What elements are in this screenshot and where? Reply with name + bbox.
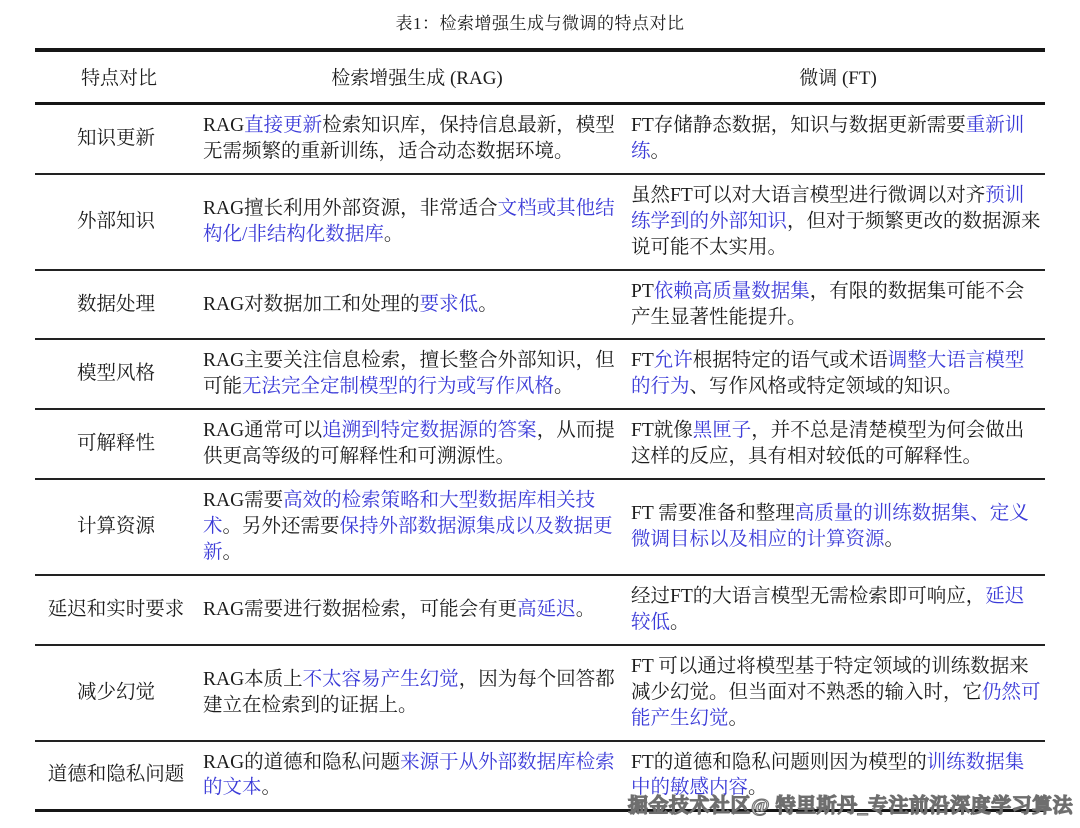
plain-text: RAG通常可以: [203, 420, 322, 441]
plain-text: FT的道德和隐私问题则因为模型的: [631, 752, 927, 773]
feature-label: 外部知识: [35, 174, 203, 270]
feature-label: 延迟和实时要求: [35, 575, 203, 645]
plain-text: 。: [478, 294, 498, 315]
feature-label: 道德和隐私问题: [35, 741, 203, 811]
plain-text: 、写作风格或特定领域的知识。: [690, 376, 963, 397]
plain-text: 。: [729, 708, 749, 729]
header-ft: 微调 (FT): [631, 50, 1045, 104]
table-row: 模型风格RAG主要关注信息检索，擅长整合外部知识，但可能无法完全定制模型的行为或…: [35, 339, 1045, 409]
plain-text: 。另外还需要: [223, 516, 340, 537]
plain-text: 虽然FT可以对大语言模型进行微调以对齐: [631, 185, 985, 206]
ft-cell: 虽然FT可以对大语言模型进行微调以对齐预训练学到的外部知识，但对于频繁更改的数据…: [631, 174, 1045, 270]
table-row: 外部知识RAG擅长利用外部资源，非常适合文档或其他结构化/非结构化数据库。虽然F…: [35, 174, 1045, 270]
feature-label: 计算资源: [35, 479, 203, 575]
table-title: 表1：检索增强生成与微调的特点对比: [0, 9, 1080, 34]
rag-cell: RAG的道德和隐私问题来源于从外部数据库检索的文本。: [203, 741, 631, 811]
feature-label: 可解释性: [35, 409, 203, 479]
plain-text: RAG擅长利用外部资源，非常适合: [203, 198, 498, 219]
highlight-text: 要求低: [420, 294, 479, 315]
ft-cell: FT 可以通过将模型基于特定领域的训练数据来减少幻觉。但当面对不熟悉的输入时，它…: [631, 645, 1045, 741]
watermark: 掘金技术社区@ 特里斯丹_专注前沿深度学习算法: [628, 789, 1080, 818]
feature-label: 模型风格: [35, 339, 203, 409]
header-rag: 检索增强生成 (RAG): [203, 50, 631, 104]
highlight-text: 追溯到特定数据源的答案: [322, 420, 537, 441]
header-feature: 特点对比: [35, 50, 203, 104]
highlight-text: 不太容易产生幻觉: [303, 669, 459, 690]
ft-cell: FT存储静态数据，知识与数据更新需要重新训练。: [631, 104, 1045, 174]
header-row: 特点对比 检索增强生成 (RAG) 微调 (FT): [35, 50, 1045, 104]
highlight-text: 无法完全定制模型的行为或写作风格: [242, 376, 554, 397]
rag-cell: RAG通常可以追溯到特定数据源的答案，从而提供更高等级的可解释性和可溯源性。: [203, 409, 631, 479]
feature-label: 减少幻觉: [35, 645, 203, 741]
highlight-text: 依赖高质量数据集: [654, 281, 810, 302]
rag-cell: RAG需要进行数据检索，可能会有更高延迟。: [203, 575, 631, 645]
ft-cell: 经过FT的大语言模型无需检索即可响应，延迟较低。: [631, 575, 1045, 645]
rag-cell: RAG本质上不太容易产生幻觉，因为每个回答都建立在检索到的证据上。: [203, 645, 631, 741]
plain-text: FT存储静态数据，知识与数据更新需要: [631, 115, 966, 136]
plain-text: FT 需要准备和整理: [631, 503, 795, 524]
ft-cell: FT 需要准备和整理高质量的训练数据集、定义微调目标以及相应的计算资源。: [631, 479, 1045, 575]
plain-text: 。: [651, 141, 671, 162]
plain-text: 。: [670, 612, 690, 633]
plain-text: RAG的道德和隐私问题: [203, 752, 400, 773]
table-row: 数据处理RAG对数据加工和处理的要求低。PT依赖高质量数据集，有限的数据集可能不…: [35, 270, 1045, 340]
plain-text: FT 可以通过将模型基于特定领域的训练数据来减少幻觉。但当面对不熟悉的输入时，它: [631, 656, 1029, 703]
highlight-text: 允许: [654, 350, 693, 371]
plain-text: 根据特定的语气或术语: [693, 350, 888, 371]
table-row: 知识更新RAG直接更新检索知识库，保持信息最新，模型无需频繁的重新训练，适合动态…: [35, 104, 1045, 174]
ft-cell: PT依赖高质量数据集，有限的数据集可能不会产生显著性能提升。: [631, 270, 1045, 340]
table-row: 延迟和实时要求RAG需要进行数据检索，可能会有更高延迟。经过FT的大语言模型无需…: [35, 575, 1045, 645]
plain-text: 。: [262, 777, 282, 798]
plain-text: RAG对数据加工和处理的: [203, 294, 420, 315]
rag-cell: RAG需要高效的检索策略和大型数据库相关技术。另外还需要保持外部数据源集成以及数…: [203, 479, 631, 575]
plain-text: PT: [631, 281, 654, 302]
highlight-text: 高延迟: [517, 599, 576, 620]
plain-text: FT: [631, 350, 654, 371]
highlight-text: 黑匣子: [693, 420, 752, 441]
table-body: 知识更新RAG直接更新检索知识库，保持信息最新，模型无需频繁的重新训练，适合动态…: [35, 104, 1045, 811]
rag-cell: RAG主要关注信息检索，擅长整合外部知识，但可能无法完全定制模型的行为或写作风格…: [203, 339, 631, 409]
plain-text: 。: [554, 376, 574, 397]
plain-text: FT就像: [631, 420, 693, 441]
plain-text: RAG本质上: [203, 669, 303, 690]
plain-text: RAG: [203, 115, 244, 136]
plain-text: RAG需要: [203, 490, 283, 511]
plain-text: RAG需要进行数据检索，可能会有更: [203, 599, 517, 620]
highlight-text: 直接更新: [244, 115, 322, 136]
plain-text: 。: [885, 529, 905, 550]
table-row: 计算资源RAG需要高效的检索策略和大型数据库相关技术。另外还需要保持外部数据源集…: [35, 479, 1045, 575]
ft-cell: FT允许根据特定的语气或术语调整大语言模型的行为、写作风格或特定领域的知识。: [631, 339, 1045, 409]
comparison-table: 特点对比 检索增强生成 (RAG) 微调 (FT) 知识更新RAG直接更新检索知…: [35, 48, 1045, 812]
plain-text: 。: [384, 224, 404, 245]
plain-text: 经过FT的大语言模型无需检索即可响应，: [631, 586, 985, 607]
rag-cell: RAG擅长利用外部资源，非常适合文档或其他结构化/非结构化数据库。: [203, 174, 631, 270]
plain-text: 。: [576, 599, 596, 620]
table-row: 减少幻觉RAG本质上不太容易产生幻觉，因为每个回答都建立在检索到的证据上。FT …: [35, 645, 1045, 741]
rag-cell: RAG直接更新检索知识库，保持信息最新，模型无需频繁的重新训练，适合动态数据环境…: [203, 104, 631, 174]
feature-label: 知识更新: [35, 104, 203, 174]
table-row: 可解释性RAG通常可以追溯到特定数据源的答案，从而提供更高等级的可解释性和可溯源…: [35, 409, 1045, 479]
rag-cell: RAG对数据加工和处理的要求低。: [203, 270, 631, 340]
feature-label: 数据处理: [35, 270, 203, 340]
plain-text: 。: [223, 542, 243, 563]
ft-cell: FT就像黑匣子，并不总是清楚模型为何会做出这样的反应，具有相对较低的可解释性。: [631, 409, 1045, 479]
